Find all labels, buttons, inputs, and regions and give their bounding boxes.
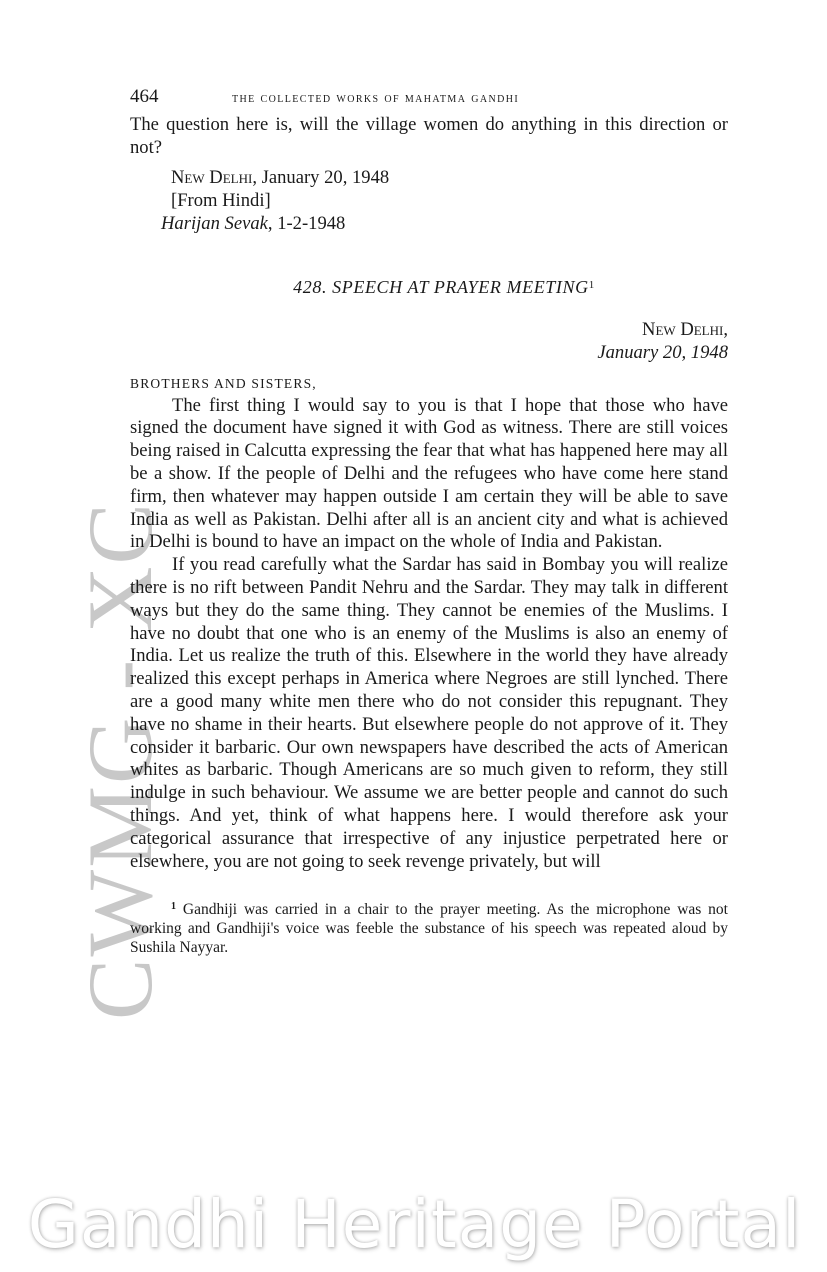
source-citation: Harijan Sevak, 1-2-1948: [130, 212, 728, 235]
article-paragraph-1: The first thing I would say to you is th…: [130, 395, 728, 555]
bottom-watermark: Gandhi Heritage Portal: [12, 1186, 817, 1263]
previous-item-closing-paragraph: The question here is, will the village w…: [130, 114, 728, 160]
article-title: 428. SPEECH AT PRAYER MEETING: [293, 277, 589, 297]
translation-note: [From Hindi]: [130, 189, 728, 212]
footnote: 1 Gandhiji was carried in a chair to the…: [130, 897, 728, 957]
previous-item-signoff: New Delhi, January 20, 1948 [From Hindi]…: [130, 166, 728, 235]
running-title: THE COLLECTED WORKS OF MAHATMA GANDHI: [232, 91, 519, 107]
previous-item-dateline: New Delhi, January 20, 1948: [130, 166, 728, 189]
article-paragraph-2: If you read carefully what the Sardar ha…: [130, 554, 728, 873]
book-page: 464 THE COLLECTED WORKS OF MAHATMA GANDH…: [130, 86, 728, 957]
previous-item-date: , January 20, 1948: [252, 167, 389, 188]
source-title: Harijan Sevak: [161, 213, 268, 234]
previous-item-place: New Delhi: [171, 167, 252, 188]
footnote-reference[interactable]: 1: [589, 279, 595, 291]
dateline-date: January 20, 1948: [130, 341, 728, 364]
article-headline: 428. SPEECH AT PRAYER MEETING1: [130, 277, 728, 298]
footnote-text: Gandhiji was carried in a chair to the p…: [130, 901, 728, 956]
article-dateline: New Delhi, January 20, 1948: [130, 318, 728, 364]
dateline-place: New Delhi,: [130, 318, 728, 341]
footnote-marker: 1: [171, 901, 176, 912]
page-number: 464: [130, 86, 232, 108]
source-date: , 1-2-1948: [268, 213, 345, 234]
salutation: Brothers and Sisters,: [130, 376, 728, 392]
running-header: 464 THE COLLECTED WORKS OF MAHATMA GANDH…: [130, 86, 728, 114]
